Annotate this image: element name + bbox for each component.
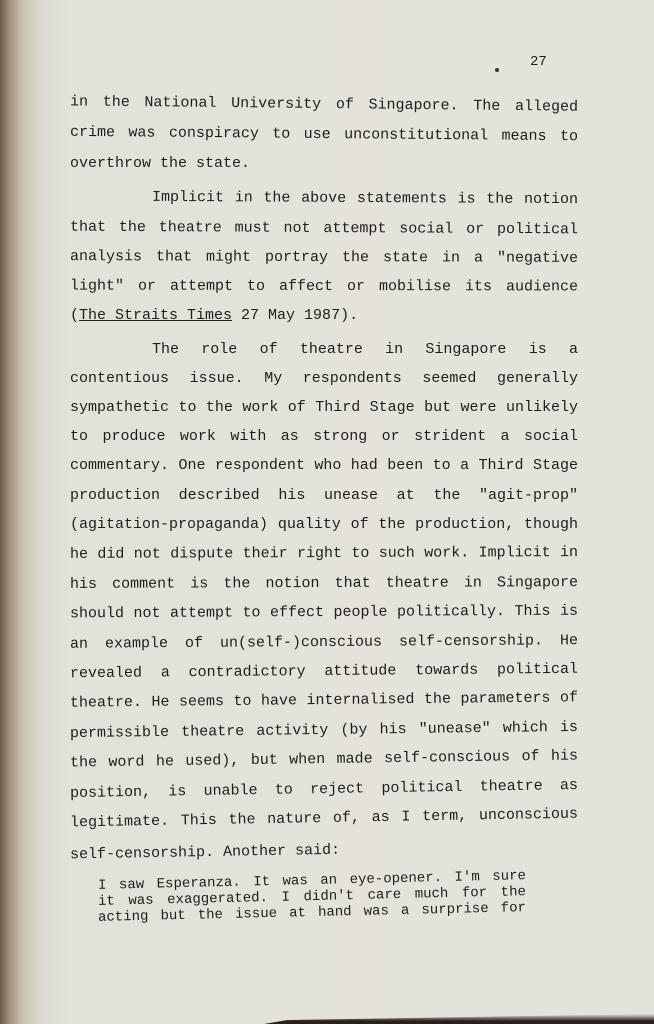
text-line: The role of theatre in Singapore is a <box>152 341 578 359</box>
text-line: production described his unease at the "… <box>70 487 578 505</box>
text-line: analysis that might portray the state in… <box>70 248 578 268</box>
text-line: an example of un(self-)conscious self-ce… <box>70 632 578 654</box>
text-line: (agitation-propaganda) quality of the pr… <box>70 516 578 534</box>
citation-open: ( <box>70 307 79 324</box>
citation-title: The Straits Times <box>79 307 232 324</box>
text-line: his comment is the notion that theatre i… <box>70 574 578 594</box>
text-line: revealed a contradictory attitude toward… <box>70 661 578 683</box>
text-line: contentious issue. My respondents seemed… <box>70 370 578 388</box>
text-line: in the National University of Singapore.… <box>70 93 578 116</box>
text-line: overthrow the state. <box>70 155 578 173</box>
text-line: position, is unable to reject political … <box>70 777 578 803</box>
citation-line: (The Straits Times 27 May 1987). <box>70 307 578 325</box>
text-line: permissible theatre activity (by his "un… <box>70 719 578 743</box>
text-line: should not attempt to effect people poli… <box>70 603 578 624</box>
text-line: self-censorship. Another said: <box>70 838 578 865</box>
citation-rest: 27 May 1987). <box>232 307 358 324</box>
text-line: light" or attempt to affect or mobilise … <box>70 278 578 297</box>
text-line: Implicit in the above statements is the … <box>152 189 578 209</box>
text-line: to produce work with as strong or stride… <box>70 428 578 446</box>
page-number: 27 <box>530 54 547 70</box>
text-line: the word he used), but when made self-co… <box>70 747 578 772</box>
text-line: sympathetic to the work of Third Stage b… <box>70 399 578 417</box>
text-line: commentary. One respondent who had been … <box>70 457 578 475</box>
text-line: crime was conspiracy to use unconstituti… <box>70 124 578 146</box>
text-line: theatre. He seems to have internalised t… <box>70 689 578 712</box>
ink-speck <box>495 68 499 72</box>
text-line: legitimate. This the nature of, as I ter… <box>70 806 578 833</box>
text-line: that the theatre must not attempt social… <box>70 219 578 240</box>
text-line: he did not dispute their right to such w… <box>70 544 578 564</box>
scanned-page: 27 in the National University of Singapo… <box>0 0 654 1024</box>
page-edge-shadow <box>264 1014 654 1024</box>
